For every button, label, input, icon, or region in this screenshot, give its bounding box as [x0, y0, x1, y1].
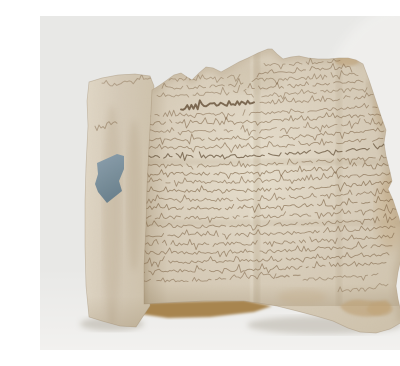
sheet-grain	[126, 46, 400, 338]
photo-of-document: Photograph of a folded early manuscript …	[40, 16, 400, 350]
scene-svg	[40, 16, 400, 350]
main-sheet	[126, 46, 400, 338]
